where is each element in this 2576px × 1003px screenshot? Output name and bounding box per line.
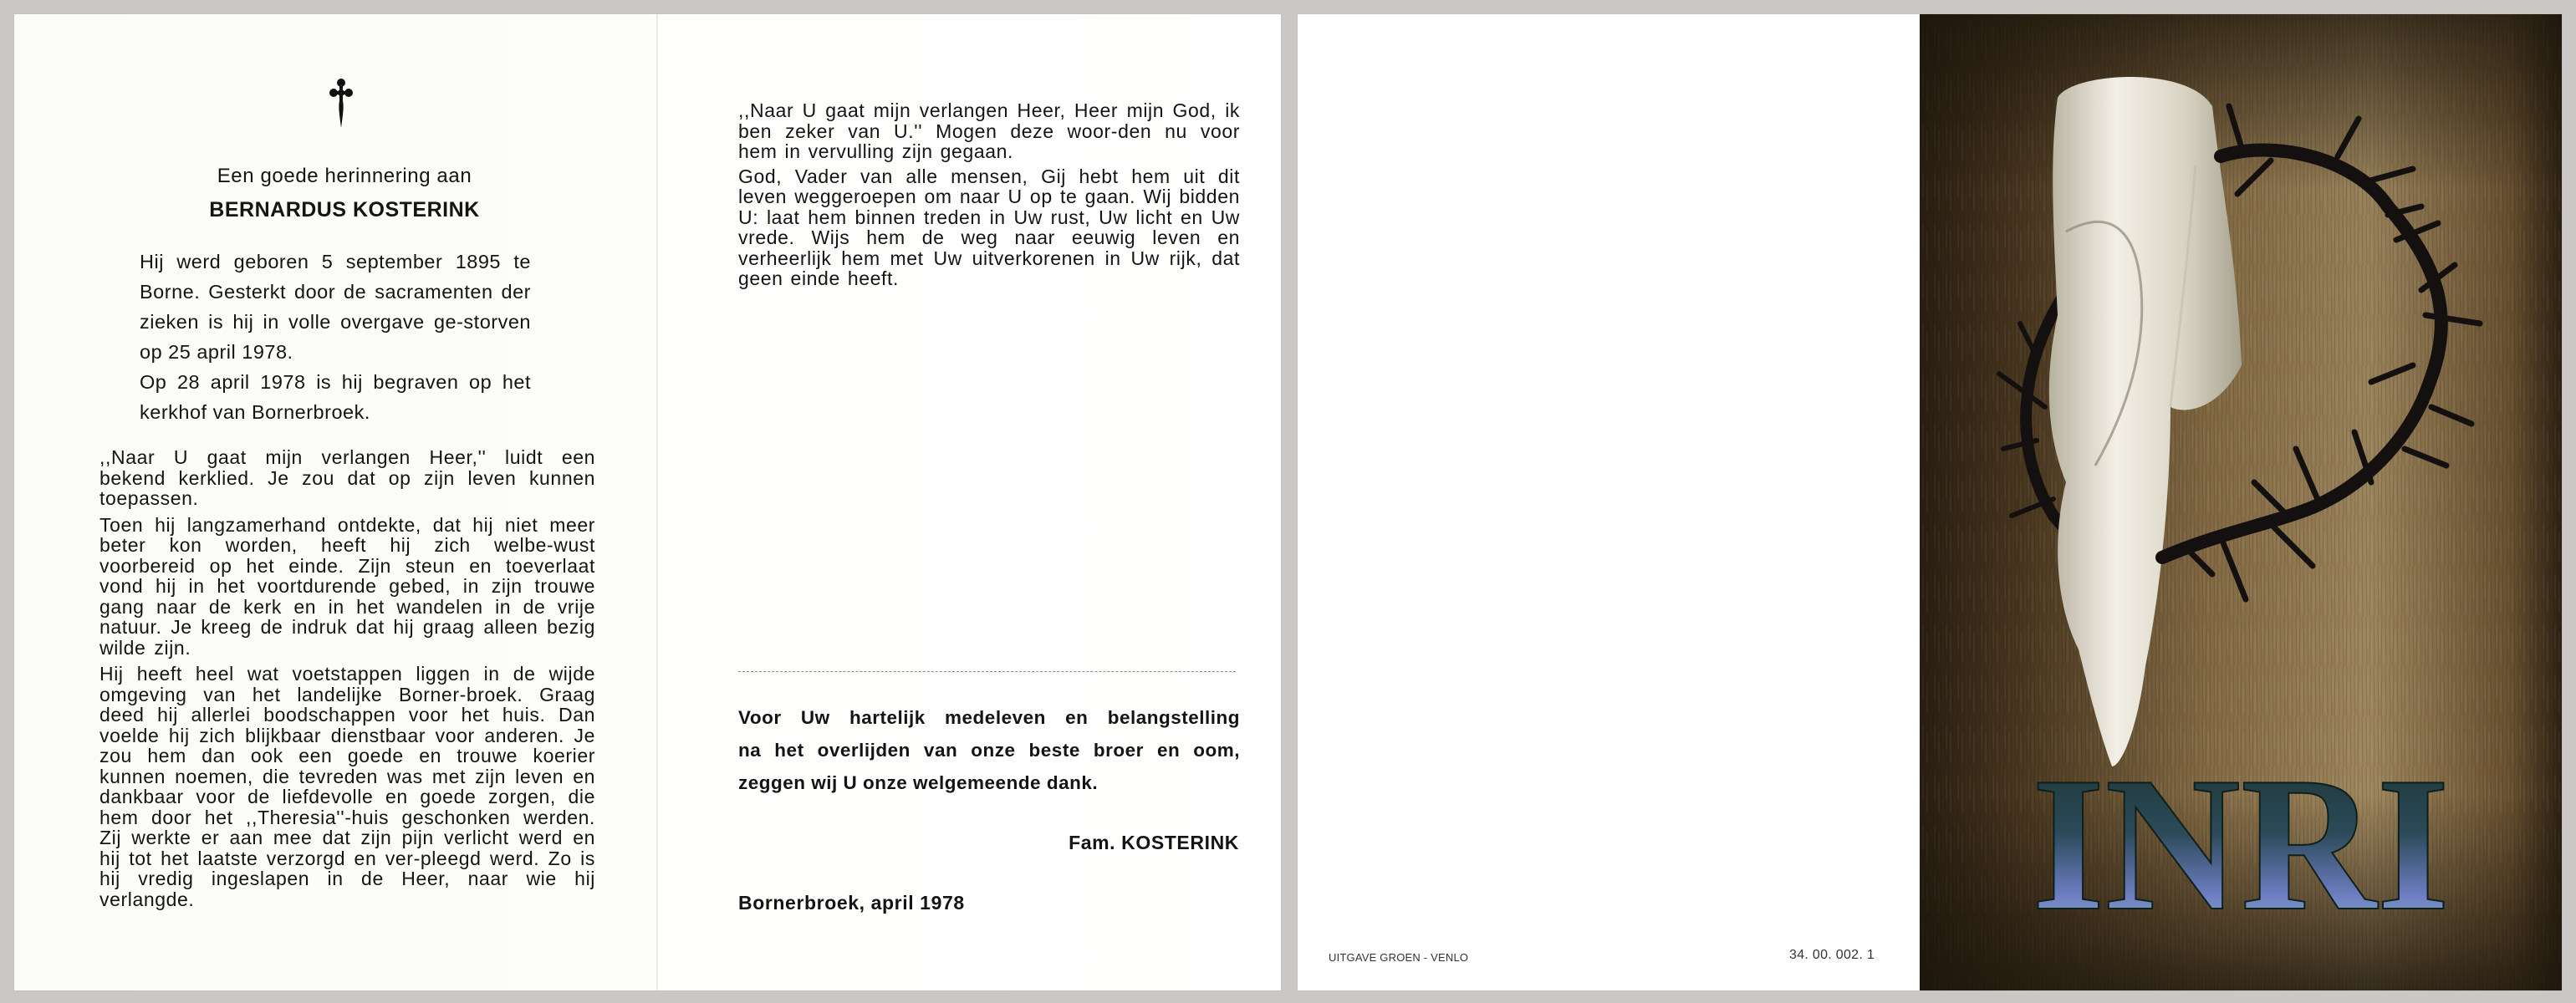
thanks-text: Voor Uw hartelijk medeleven en belangste… — [738, 701, 1240, 799]
cover-artwork: INRI — [1920, 14, 2562, 990]
biography: Hij werd geboren 5 september 1895 te Bor… — [140, 247, 531, 427]
memorial-card-outside: UITGAVE GROEN - VENLO 34. 00. 002. 1 — [1298, 14, 2562, 990]
shroud-and-crown-of-thorns-illustration: INRI — [1920, 14, 2562, 990]
svg-text:INRI: INRI — [2032, 737, 2450, 950]
family-signature: Fam. KOSTERINK — [738, 832, 1239, 854]
thanks-line: zeggen wij U onze welgemeende dank. — [738, 766, 1240, 799]
story-paragraph: Toen hij langzamerhand ontdekte, dat hij… — [99, 515, 595, 659]
life-story: ,,Naar U gaat mijn verlangen Heer,'' lui… — [99, 447, 595, 915]
prayer-paragraph: ,,Naar U gaat mijn verlangen Heer, Heer … — [738, 100, 1240, 162]
story-paragraph: Hij heeft heel wat voetstappen liggen in… — [99, 664, 595, 909]
bio-paragraph: Hij werd geboren 5 september 1895 te Bor… — [140, 247, 531, 367]
article-number: 34. 00. 002. 1 — [1789, 948, 1875, 963]
prayer-text: ,,Naar U gaat mijn verlangen Heer, Heer … — [738, 100, 1240, 293]
thanks-line: Voor Uw hartelijk medeleven en belangste… — [738, 701, 1240, 734]
cross-icon — [329, 78, 354, 128]
deceased-name: BERNARDUS KOSTERINK — [14, 198, 675, 222]
bio-paragraph: Op 28 april 1978 is hij begraven op het … — [140, 367, 531, 427]
inri-inscription: INRI — [2032, 737, 2450, 950]
memorial-card-inside: Een goede herinnering aan BERNARDUS KOST… — [14, 14, 1281, 990]
place-date: Bornerbroek, april 1978 — [738, 892, 965, 914]
intro-text: Een goede herinnering aan — [14, 165, 675, 188]
thanks-line: na het overlijden van onze beste broer e… — [738, 734, 1240, 766]
story-paragraph: ,,Naar U gaat mijn verlangen Heer,'' lui… — [99, 447, 595, 509]
separator-line — [738, 671, 1236, 672]
fold-line — [656, 14, 658, 990]
publisher-imprint: UITGAVE GROEN - VENLO — [1329, 951, 1468, 964]
prayer-paragraph: God, Vader van alle mensen, Gij hebt hem… — [738, 166, 1240, 289]
